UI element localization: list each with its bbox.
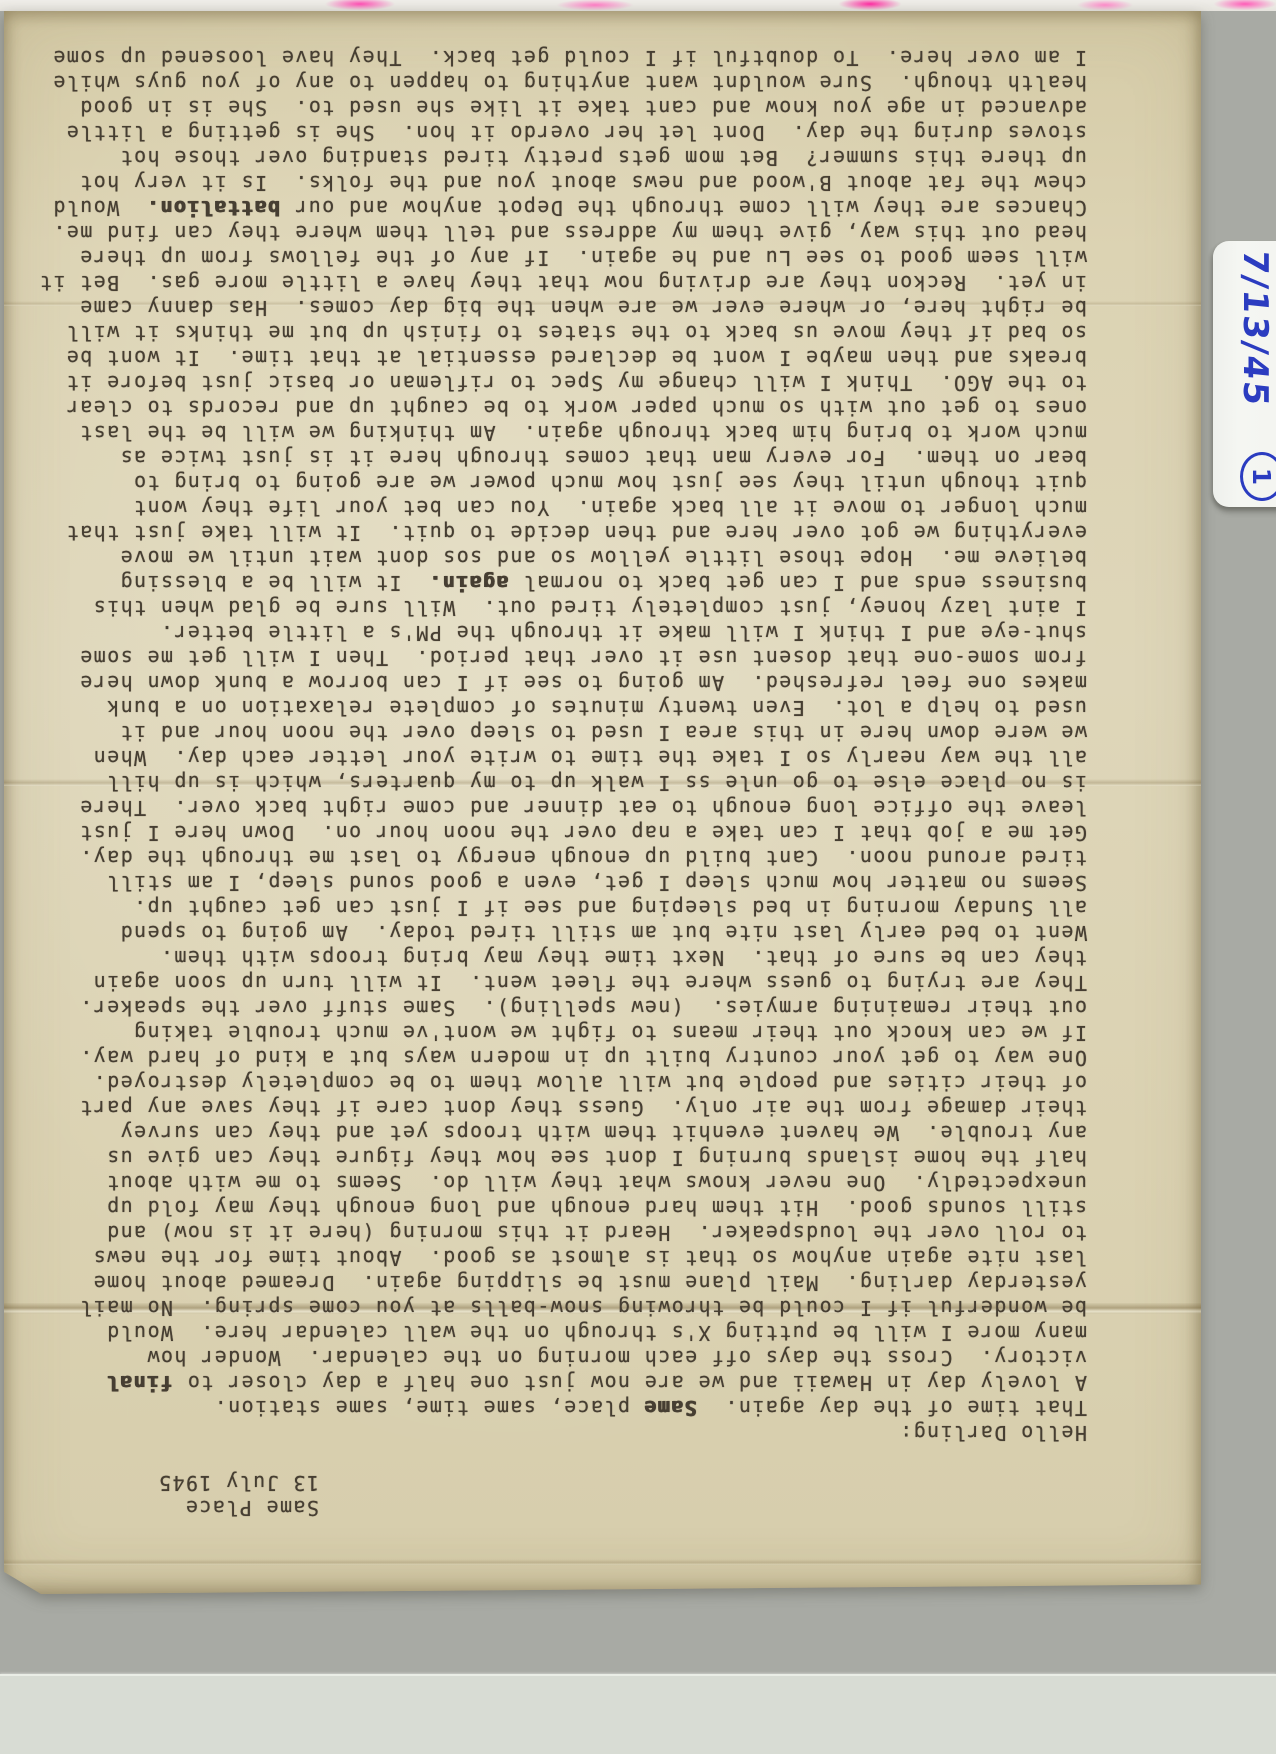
letter-body-line: be right here, or where ever we are when… [4,295,1087,320]
letter-body-line: is no place else to go unle ss I walk up… [4,770,1087,795]
letter-body-line: head out this way, give them my address … [4,220,1087,245]
letter-body-line: will seem good to see Lu and he again. I… [4,245,1087,270]
letter-body-line: chew the fat about B'wood and news about… [4,170,1087,195]
letter-body-line: still sounds good. Hit them hard enough … [4,1195,1087,1220]
letter-body-line: shut-eye and I think I will make it thro… [4,620,1087,645]
letter-body-line: unexpectedly. One never knows what they … [4,1170,1087,1195]
letter-body-line: I aint lazy honey, just completely tired… [4,595,1087,620]
page-number-badge: 1 [1240,452,1276,501]
letter-body-line: out their remaining armyies. (new spelli… [4,995,1087,1020]
letter-body-line: business ends and I can get back to norm… [4,570,1087,595]
letter-body-line: If we can knock out their means to fight… [4,1020,1087,1045]
letter-heading: Same Place13 July 1945 [4,1470,319,1520]
letter-body-line: any trouble. We havent evenhit them with… [4,1120,1087,1145]
letter-body-line: advanced in age you know and cant take i… [4,95,1087,120]
letter-paper: Same Place13 July 1945 Hello Darling: Th… [4,11,1201,1594]
letter-body-line: victory. Cross the days off each morning… [4,1345,1087,1370]
letter-body-line: health though. Sure wouldnt want anythin… [4,70,1087,95]
letter-body-line: I am over here. To doubtful if I could g… [4,45,1087,70]
letter-body-line: half the home islands burning I dont see… [4,1145,1087,1170]
letter-body-line: bear on them. For every man that comes t… [4,445,1087,470]
letter-body-line: much longer to move it all back again. Y… [4,495,1087,520]
letter-body-line: tired around noon. Cant build up enough … [4,845,1087,870]
letter-body-line: ones to get out with so much paper work … [4,395,1087,420]
letter-body-line: everything we got over here and then dec… [4,520,1087,545]
letter-body-line: many more I will be putting X's through … [4,1320,1087,1345]
letter-body-line: to roll over the loudspeaker. Heard it t… [4,1220,1087,1245]
letter-body-line: Went to bed early last nite but am still… [4,920,1087,945]
letter-heading-place: Same Place [4,1495,319,1520]
letter-salutation: Hello Darling: [4,1420,1087,1445]
letter-body-line: believe me. Hope those little yellow so … [4,545,1087,570]
handwritten-date: 7/13/45 [1223,247,1275,384]
letter-body-line: That time of the day again. Same place, … [4,1395,1087,1420]
letter-body-line: breaks and then maybe I wont be declared… [4,345,1087,370]
letter-body-line: to the AGO. Think I will change my Spec … [4,370,1087,395]
letter-body-line: up there this summer? Bet mom gets prett… [4,145,1087,170]
letter-body-line: we were down here in this area I used to… [4,720,1087,745]
letter-body-line: so bad if they move us back to the state… [4,320,1087,345]
letter-body-line: leave the office long enough to eat dinn… [4,795,1087,820]
letter-body-line: yesterday darling. Mail plane must be sl… [4,1270,1087,1295]
letter-body-line: used to help a lot. Even twenty minutes … [4,695,1087,720]
letter-body-line: Seems no matter how much sleep I get, ev… [4,870,1087,895]
letter-body-line: be wonderful if I could be throwing snow… [4,1295,1087,1320]
letter-body-line: last nite again anyhow so that is almost… [4,1245,1087,1270]
letter-body-line: all the way nearly so I take the time to… [4,745,1087,770]
letter-content-upside-down: Same Place13 July 1945 Hello Darling: Th… [4,11,1201,1594]
scan-background: Same Place13 July 1945 Hello Darling: Th… [0,0,1276,1754]
letter-body-line: of their cities and people but will allo… [4,1070,1087,1095]
letter-body: That time of the day again. Same place, … [4,45,1087,1420]
letter-body-line: much work to bring him back through agai… [4,420,1087,445]
letter-body-line: Get me a job that I can take a nap over … [4,820,1087,845]
letter-body-line: They are trying to guess where the fleet… [4,970,1087,995]
letter-body-line: One way to get your country built up in … [4,1045,1087,1070]
letter-body-line: stoves during the day. Dont let her over… [4,120,1087,145]
letter-body-line: A lovely day in Hawaii and we are now ju… [4,1370,1087,1395]
letter-body-line: all Sunday morning in bed sleeping and s… [4,895,1087,920]
letter-body-line: from some-one that dosent use it over th… [4,645,1087,670]
letter-body-line: in yet. Reckon they are driving now that… [4,270,1087,295]
letter-body-line: quit though until they see just how much… [4,470,1087,495]
letter-body-line: their damage from the air only. Guess th… [4,1095,1087,1120]
letter-heading-date: 13 July 1945 [4,1470,319,1495]
letter-body-line: they can be sure of that. Next time they… [4,945,1087,970]
archival-label: 7/13/45 1 [1213,241,1276,507]
letter-body-line: Chances are they will come through the D… [4,195,1087,220]
letter-body-line: makes one feel refreshed. Am going to se… [4,670,1087,695]
